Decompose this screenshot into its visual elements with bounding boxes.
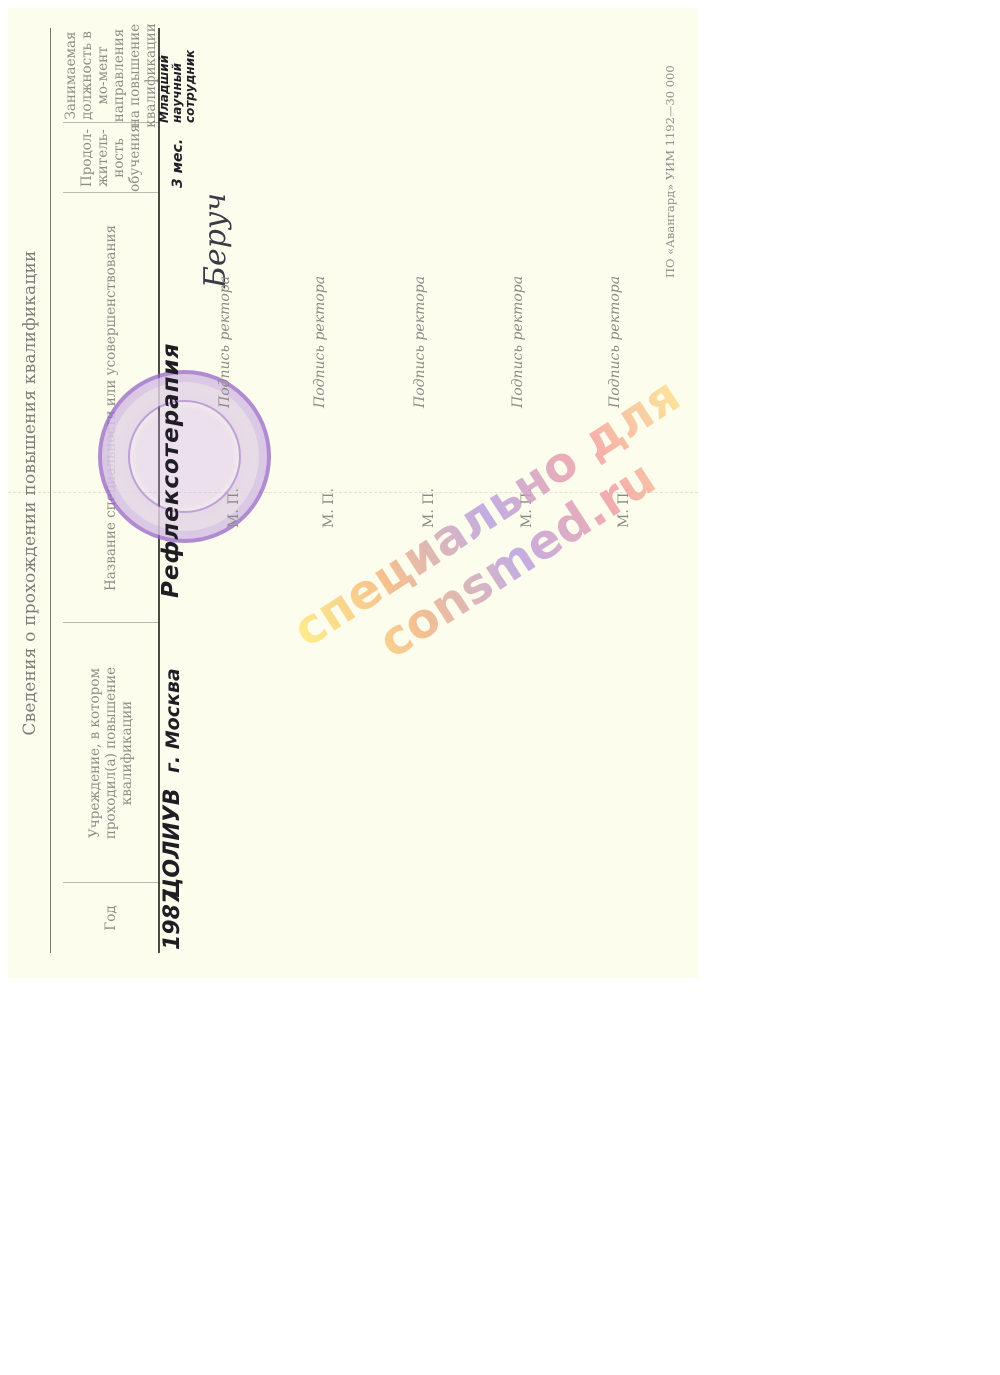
entry-specialty: Рефлексотерапия <box>158 343 184 598</box>
page-title: Сведения о прохождении повышения квалифи… <box>20 8 40 978</box>
rector-signature-label: Подпись ректора <box>311 276 329 408</box>
column-header-position: Занимаемая должность в мо-мент направлен… <box>63 28 158 123</box>
seal-placeholder: М. П. <box>226 488 242 528</box>
rector-signature-label: Подпись ректора <box>509 276 527 408</box>
seal-placeholder: М. П. <box>321 488 337 528</box>
signature-block: М. П. Подпись ректора <box>303 228 363 548</box>
column-header-institution: Учреждение, в котором проходил(а) повыше… <box>63 623 158 883</box>
entry-institution: ЦОЛИУВ <box>160 788 185 898</box>
header-top-rule <box>50 28 51 953</box>
entry-city: г. Москва <box>162 668 184 773</box>
rector-signature-label: Подпись ректора <box>606 276 624 408</box>
rector-signature-label: Подпись ректора <box>216 276 234 408</box>
signature-block: М. П. Подпись ректора <box>208 228 268 548</box>
printer-imprint: ПО «Авангард» УИМ 1192—30 000 <box>663 65 677 278</box>
column-header-year: Год <box>63 883 158 953</box>
entry-duration: 3 мес. <box>170 139 186 188</box>
column-header-duration: Продол-житель-ность обучения <box>63 123 158 193</box>
rector-signature-label: Подпись ректора <box>411 276 429 408</box>
entry-position: Младший научный сотрудник <box>158 23 197 123</box>
